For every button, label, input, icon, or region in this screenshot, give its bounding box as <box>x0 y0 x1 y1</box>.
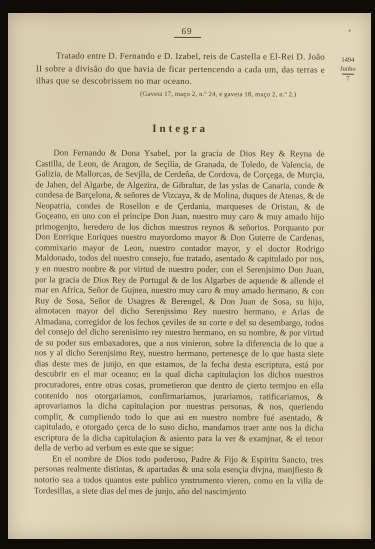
page-content: 69 ’ Tratado entre D. Fernando e D. Izab… <box>7 12 372 540</box>
margin-date-year: 1494 <box>331 57 365 66</box>
page-number-value: 69 <box>174 26 201 38</box>
document-body: Don Fernando & Dona Ysabel, por la graci… <box>34 147 325 496</box>
margin-date-day: 7 <box>342 74 353 85</box>
margin-date: 1494 Junho 7 <box>331 57 365 85</box>
body-paragraph: En el nombre de Dios todo poderoso, Padr… <box>34 453 323 496</box>
body-paragraph: Don Fernando & Dona Ysabel, por la graci… <box>34 147 324 454</box>
document-title-summary: Tratado entre D. Fernando e D. Izabel, r… <box>36 49 325 88</box>
margin-date-month: Junho <box>331 65 365 74</box>
page-number: 69 <box>9 25 365 39</box>
scanned-page-image: 69 ’ Tratado entre D. Fernando e D. Izab… <box>0 0 375 549</box>
book-page: 69 ’ Tratado entre D. Fernando e D. Izab… <box>8 13 371 539</box>
archive-citation: (Gaveta 17, maço 2, n.º 24, e gaveta 18,… <box>74 90 363 98</box>
section-heading-integra: Integra <box>36 122 325 135</box>
